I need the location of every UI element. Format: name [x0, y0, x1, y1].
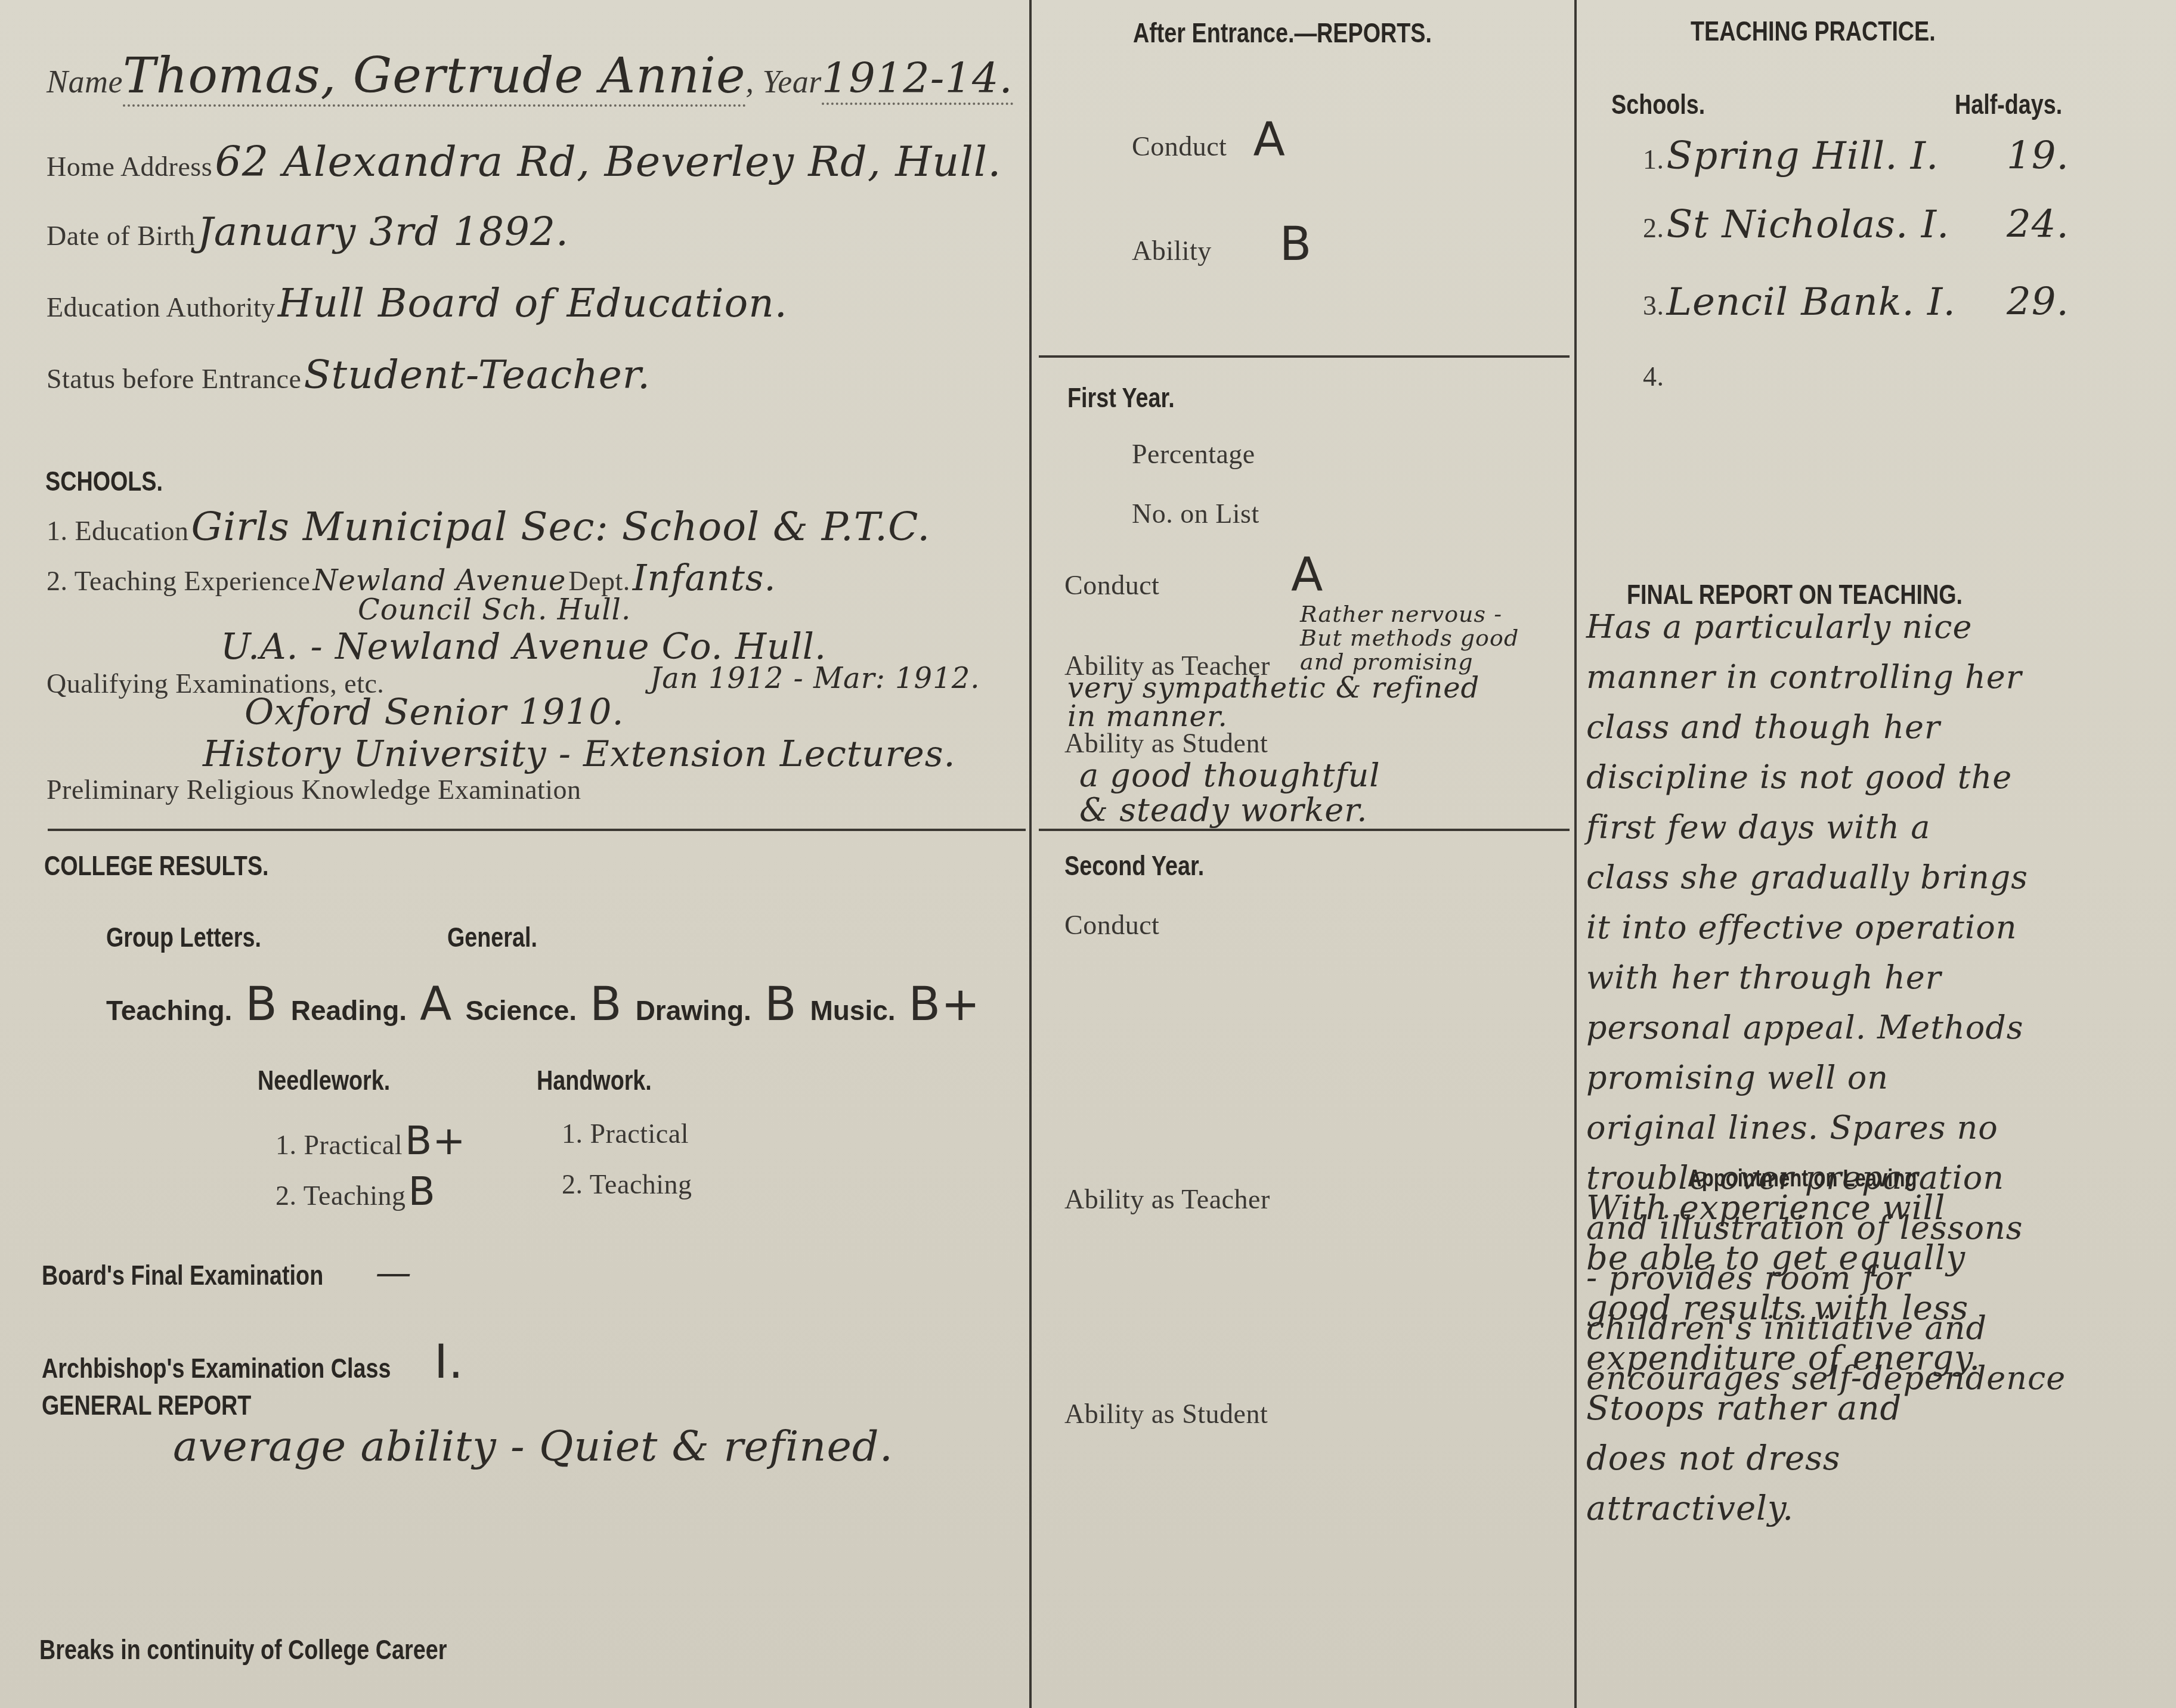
handwork-teaching-label: 2. Teaching: [562, 1169, 692, 1199]
practice-school: Lencil Bank. I.: [1667, 280, 1956, 324]
needlework-teaching-row: 2. Teaching B: [276, 1168, 436, 1214]
needlework-practical-row: 1. Practical B+: [276, 1118, 466, 1164]
final-report-line: personal appeal. Methods: [1586, 1003, 2066, 1053]
teaching-experience-dates: Jan 1912 - Mar: 1912.: [650, 662, 980, 695]
name-value: Thomas, Gertrude Annie: [123, 48, 746, 107]
first-year-conduct-value: A: [1291, 548, 1323, 602]
second-year-student-label: Ability as Student: [1064, 1398, 1268, 1430]
practice-num: 3.: [1643, 290, 1664, 321]
archbishop-row: Archbishop's Examination Class I.: [42, 1335, 464, 1389]
home-address-value: 62 Alexandra Rd, Beverley Rd, Hull.: [215, 137, 1001, 186]
schools-education-value: Girls Municipal Sec: School & P.T.C.: [191, 504, 931, 550]
teaching-experience-value-2: Council Sch. Hull.: [358, 593, 631, 627]
education-authority-label: Education Authority: [47, 292, 276, 323]
practice-school: Spring Hill. I.: [1667, 134, 1939, 178]
first-year-teacher-value: very sympathetic & refined in manner.: [1067, 674, 1479, 731]
appointment-line: good results with less: [1586, 1284, 1980, 1334]
student-record-card: NameThomas, Gertrude Annie, Year1912-14.…: [0, 0, 2176, 1708]
appointment-line: be able to get equally: [1586, 1233, 1980, 1284]
practice-halfdays: 29.: [2007, 280, 2069, 324]
after-entrance-ability-label: Ability: [1132, 235, 1212, 266]
archbishop-label: Archbishop's Examination Class: [42, 1352, 391, 1384]
practice-row-1: 1. Spring Hill. I. 19.: [1643, 134, 2156, 178]
practice-num: 2.: [1643, 213, 1664, 243]
qualifying-value-2: History University - Extension Lectures.: [203, 733, 956, 775]
schools-column-label: Schools.: [1611, 88, 1705, 120]
teacher-value-line: in manner.: [1067, 702, 1479, 731]
general-report-value: average ability - Quiet & refined.: [173, 1422, 893, 1471]
schools-education-label: 1. Education: [47, 516, 189, 546]
education-authority-row: Education Authority Hull Board of Educat…: [47, 280, 788, 326]
final-report-line: discipline is not good the: [1586, 752, 2066, 802]
home-address-label: Home Address: [47, 151, 212, 182]
general-report-heading: GENERAL REPORT: [42, 1389, 251, 1421]
first-year-heading: First Year.: [1067, 382, 1175, 414]
final-report-line: class she gradually brings: [1586, 853, 2066, 903]
breaks-label: Breaks in continuity of College Career: [39, 1633, 447, 1666]
second-year-conduct-label: Conduct: [1064, 909, 1159, 941]
boards-final-label: Board's Final Examination: [42, 1259, 323, 1291]
handwork-teaching-row: 2. Teaching: [562, 1168, 692, 1200]
grade-drawing-value: B: [764, 978, 797, 1031]
boards-final-row: Board's Final Examination —: [42, 1252, 412, 1294]
first-year-conduct-label: Conduct: [1064, 569, 1159, 601]
rule-left-college: [48, 829, 1026, 831]
final-report-line: it into effective operation: [1586, 903, 2066, 953]
dob-row: Date of Birth January 3rd 1892.: [47, 209, 569, 255]
column-divider-right: [1574, 0, 1577, 1708]
student-value-line: a good thoughtful: [1079, 758, 1380, 793]
first-year-student-value: a good thoughtful & steady worker.: [1079, 758, 1380, 827]
year-label: Year: [763, 64, 822, 100]
needlework-teaching-value: B: [408, 1168, 436, 1214]
education-authority-value: Hull Board of Education.: [278, 280, 788, 326]
grade-reading-label: Reading.: [291, 994, 407, 1027]
home-address-row: Home Address 62 Alexandra Rd, Beverley R…: [47, 137, 1001, 186]
after-entrance-conduct-row: Conduct A: [1132, 113, 1286, 167]
college-results-heading: COLLEGE RESULTS.: [44, 850, 269, 882]
group-letters-label: Group Letters.: [106, 921, 261, 953]
final-report-line: Has a particularly nice: [1586, 602, 2066, 652]
teaching-practice-heading: TEACHING PRACTICE.: [1691, 15, 1936, 47]
final-report-line: with her through her: [1586, 953, 2066, 1003]
final-report-line: promising well on: [1586, 1053, 2066, 1103]
after-entrance-ability-value: B: [1280, 218, 1313, 271]
archbishop-value: I.: [434, 1335, 464, 1389]
column-divider-left: [1029, 0, 1032, 1708]
general-label: General.: [447, 921, 537, 953]
appointment-line: expenditure of energy.: [1586, 1334, 1980, 1384]
halfdays-column-label: Half-days.: [1955, 88, 2062, 120]
religious-knowledge-label: Preliminary Religious Knowledge Examinat…: [47, 774, 581, 805]
teacher-value-line: very sympathetic & refined: [1067, 674, 1479, 702]
grade-science-label: Science.: [465, 994, 577, 1027]
handwork-practical-row: 1. Practical: [562, 1118, 689, 1149]
teacher-note-line: But methods good: [1300, 626, 1519, 650]
dept-label: Dept.: [568, 566, 630, 596]
final-report-line: first few days with a: [1586, 802, 2066, 853]
name-row: NameThomas, Gertrude Annie, Year1912-14.: [47, 48, 1013, 107]
first-year-teacher-note: Rather nervous - But methods good and pr…: [1300, 602, 1519, 674]
appointment-text: With experience will be able to get equa…: [1586, 1183, 1980, 1534]
after-entrance-heading: After Entrance.—REPORTS.: [1133, 17, 1432, 49]
rule-after-entrance: [1039, 355, 1570, 358]
dob-value: January 3rd 1892.: [197, 209, 569, 255]
handwork-practical-label: 1. Practical: [562, 1118, 689, 1149]
grade-science-value: B: [590, 978, 623, 1031]
schools-education-row: 1. Education Girls Municipal Sec: School…: [47, 504, 930, 550]
teacher-note-line: and promising: [1300, 650, 1519, 674]
schools-heading: SCHOOLS.: [45, 465, 163, 497]
practice-halfdays: 19.: [2007, 134, 2069, 178]
practice-row-3: 3. Lencil Bank. I. 29.: [1643, 280, 2156, 324]
teaching-experience-label: 2. Teaching Experience: [47, 566, 310, 596]
practice-num: 4.: [1643, 361, 1664, 392]
rule-first-year: [1039, 829, 1570, 831]
needlework-label: Needlework.: [258, 1064, 390, 1096]
practice-num: 1.: [1643, 144, 1664, 175]
second-year-teacher-label: Ability as Teacher: [1064, 1183, 1270, 1215]
appointment-line: Stoops rather and: [1586, 1384, 1980, 1434]
grade-drawing-label: Drawing.: [636, 994, 751, 1027]
boards-final-value: —: [376, 1252, 412, 1294]
practice-school: St Nicholas. I.: [1667, 203, 1950, 247]
second-year-heading: Second Year.: [1064, 850, 1204, 882]
dob-label: Date of Birth: [47, 221, 195, 251]
no-on-list-label: No. on List: [1132, 498, 1259, 529]
handwork-label: Handwork.: [537, 1064, 652, 1096]
appointment-line: With experience will: [1586, 1183, 1980, 1233]
status-value: Student-Teacher.: [304, 352, 651, 398]
practice-row-4: 4.: [1643, 361, 1664, 392]
grade-reading-value: A: [420, 978, 452, 1031]
grade-music-label: Music.: [810, 994, 895, 1027]
student-value-line: & steady worker.: [1079, 793, 1380, 827]
final-report-line: class and though her: [1586, 702, 2066, 752]
after-entrance-conduct-label: Conduct: [1132, 131, 1227, 162]
practice-row-2: 2. St Nicholas. I. 24.: [1643, 203, 2156, 247]
appointment-line: attractively.: [1586, 1484, 1980, 1534]
needlework-practical-label: 1. Practical: [276, 1130, 403, 1160]
name-label: Name: [47, 64, 123, 100]
grades-row: Teaching. B Reading. A Science. B Drawin…: [106, 978, 980, 1031]
after-entrance-conduct-value: A: [1253, 113, 1285, 167]
teaching-experience-value-1: Newland Avenue: [312, 564, 566, 597]
dept-value: Infants.: [633, 557, 776, 599]
status-row: Status before Entrance Student-Teacher.: [47, 352, 651, 398]
grade-music-value: B+: [909, 978, 981, 1031]
grade-teaching-value: B: [245, 978, 278, 1031]
after-entrance-ability-row: Ability B: [1132, 218, 1312, 271]
teacher-note-line: Rather nervous -: [1300, 602, 1519, 626]
final-report-line: manner in controlling her: [1586, 652, 2066, 702]
grade-teaching-label: Teaching.: [106, 994, 232, 1027]
qualifying-value-1: Oxford Senior 1910.: [244, 692, 624, 733]
year-value: 1912-14.: [822, 54, 1013, 105]
final-report-line: original lines. Spares no: [1586, 1103, 2066, 1153]
first-year-student-label: Ability as Student: [1064, 727, 1268, 759]
needlework-practical-value: B+: [405, 1118, 466, 1164]
needlework-teaching-label: 2. Teaching: [276, 1180, 406, 1211]
appointment-line: does not dress: [1586, 1434, 1980, 1484]
status-label: Status before Entrance: [47, 364, 301, 394]
practice-halfdays: 24.: [2007, 203, 2069, 247]
percentage-label: Percentage: [1132, 438, 1255, 470]
